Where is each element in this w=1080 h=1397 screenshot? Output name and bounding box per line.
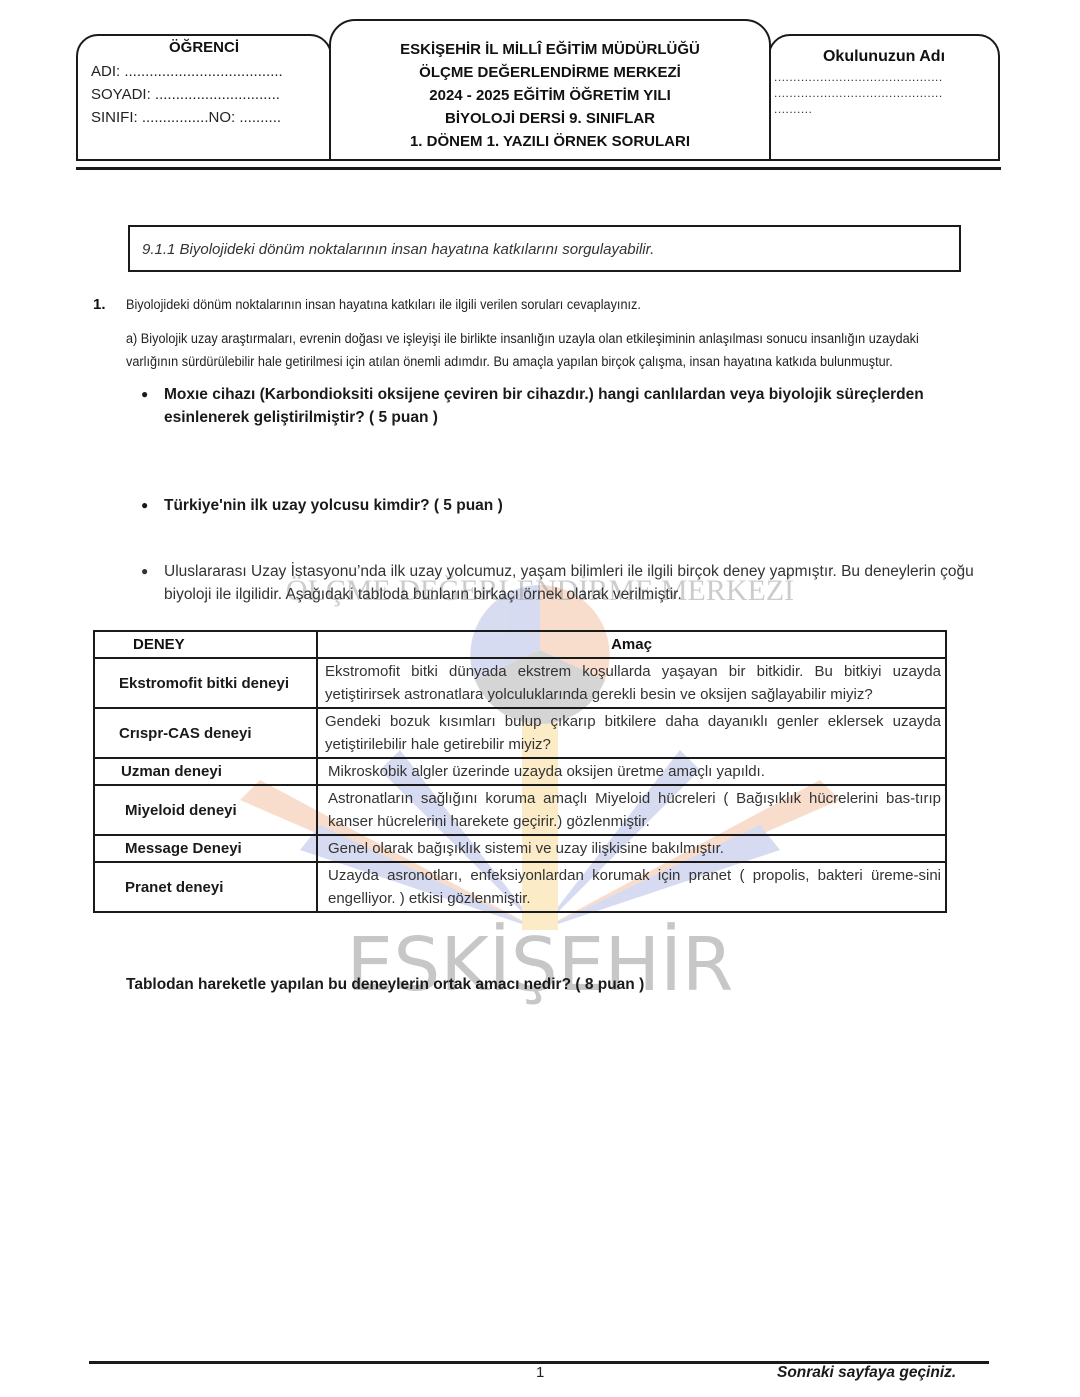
- sub-question-text: Türkiye'nin ilk uzay yolcusu kimdir? ( 5…: [164, 494, 503, 517]
- student-info-box: ÖĞRENCİ ADI: ...........................…: [76, 34, 332, 161]
- experiment-name: Miyeloid deneyi: [94, 785, 317, 835]
- page-number: 1: [536, 1364, 544, 1381]
- table-row: Message Deneyi Genel olarak bağışıklık s…: [94, 835, 946, 862]
- school-dots-1: ........................................…: [774, 69, 943, 85]
- next-page-note: Sonraki sayfaya geçiniz.: [777, 1364, 956, 1382]
- table-row: Uzman deneyi Mikroskobik algler üzerinde…: [94, 758, 946, 785]
- sub-question-text: Uluslararası Uzay İstasyonu’nda ilk uzay…: [164, 560, 1001, 606]
- experiments-table: DENEY Amaç Ekstromofit bitki deneyi Ekst…: [93, 630, 947, 913]
- school-dots-3: ..........: [774, 101, 943, 117]
- final-question: Tablodan hareketle yapılan bu deneylerin…: [126, 976, 644, 994]
- school-title: Okulunuzun Adı: [770, 48, 998, 66]
- exam-name: 1. DÖNEM 1. YAZILI ÖRNEK SORULARI: [331, 130, 769, 153]
- experiment-purpose: Astronatların sağlığını koruma amaçlı Mi…: [317, 785, 946, 835]
- question-part-a: a) Biyolojik uzay araştırmaları, evrenin…: [126, 327, 972, 373]
- table-row: Crıspr-CAS deneyi Gendeki bozuk kısımlar…: [94, 708, 946, 758]
- center-name: ÖLÇME DEĞERLENDİRME MERKEZİ: [331, 61, 769, 84]
- institution-name: ESKİŞEHİR İL MİLLÎ EĞİTİM MÜDÜRLÜĞÜ: [331, 38, 769, 61]
- experiment-name: Pranet deneyi: [94, 862, 317, 912]
- bullet-icon: ●: [141, 494, 148, 517]
- question-prompt: Biyolojideki dönüm noktalarının insan ha…: [126, 297, 641, 312]
- name-field[interactable]: ADI: ...................................…: [91, 63, 283, 80]
- academic-year: 2024 - 2025 EĞİTİM ÖĞRETİM YILI: [331, 84, 769, 107]
- learning-objective: 9.1.1 Biyolojideki dönüm noktalarının in…: [142, 241, 654, 258]
- table-row: Miyeloid deneyi Astronatların sağlığını …: [94, 785, 946, 835]
- experiment-name: Message Deneyi: [94, 835, 317, 862]
- experiment-name: Ekstromofit bitki deneyi: [94, 658, 317, 708]
- experiment-purpose: Ekstromofit bitki dünyada ekstrem koşull…: [317, 658, 946, 708]
- svg-text:ESKİŞEHİR: ESKİŞEHİR: [347, 921, 734, 1008]
- experiment-name: Uzman deneyi: [94, 758, 317, 785]
- class-number-field[interactable]: SINIFI: ................NO: ..........: [91, 109, 281, 126]
- table-row: Pranet deneyi Uzayda asronotları, enfeks…: [94, 862, 946, 912]
- experiment-name: Crıspr-CAS deneyi: [94, 708, 317, 758]
- sub-question-text: Moxıe cihazı (Karbondioksiti oksijene çe…: [164, 383, 1001, 429]
- student-title: ÖĞRENCİ: [78, 39, 330, 56]
- header-divider: [76, 167, 1001, 170]
- bullet-icon: ●: [141, 560, 148, 583]
- school-dots-2: ........................................…: [774, 85, 943, 101]
- school-name-box: Okulunuzun Adı .........................…: [768, 34, 1000, 161]
- bullet-icon: ●: [141, 383, 148, 406]
- experiment-purpose: Uzayda asronotları, enfeksiyonlardan kor…: [317, 862, 946, 912]
- column-header-purpose: Amaç: [317, 631, 946, 658]
- course-name: BİYOLOJİ DERSİ 9. SINIFLAR: [331, 107, 769, 130]
- table-row: Ekstromofit bitki deneyi Ekstromofit bit…: [94, 658, 946, 708]
- table-header-row: DENEY Amaç: [94, 631, 946, 658]
- experiment-purpose: Gendeki bozuk kısımları bulup çıkarıp bi…: [317, 708, 946, 758]
- experiment-purpose: Genel olarak bağışıklık sistemi ve uzay …: [317, 835, 946, 862]
- school-name-field[interactable]: ........................................…: [774, 69, 943, 117]
- column-header-experiment: DENEY: [94, 631, 317, 658]
- question-number: 1.: [93, 296, 106, 313]
- exam-title-box: ESKİŞEHİR İL MİLLÎ EĞİTİM MÜDÜRLÜĞÜ ÖLÇM…: [329, 19, 771, 161]
- surname-field[interactable]: SOYADI: ..............................: [91, 86, 280, 103]
- experiment-purpose: Mikroskobik algler üzerinde uzayda oksij…: [317, 758, 946, 785]
- learning-objective-box: 9.1.1 Biyolojideki dönüm noktalarının in…: [128, 225, 961, 272]
